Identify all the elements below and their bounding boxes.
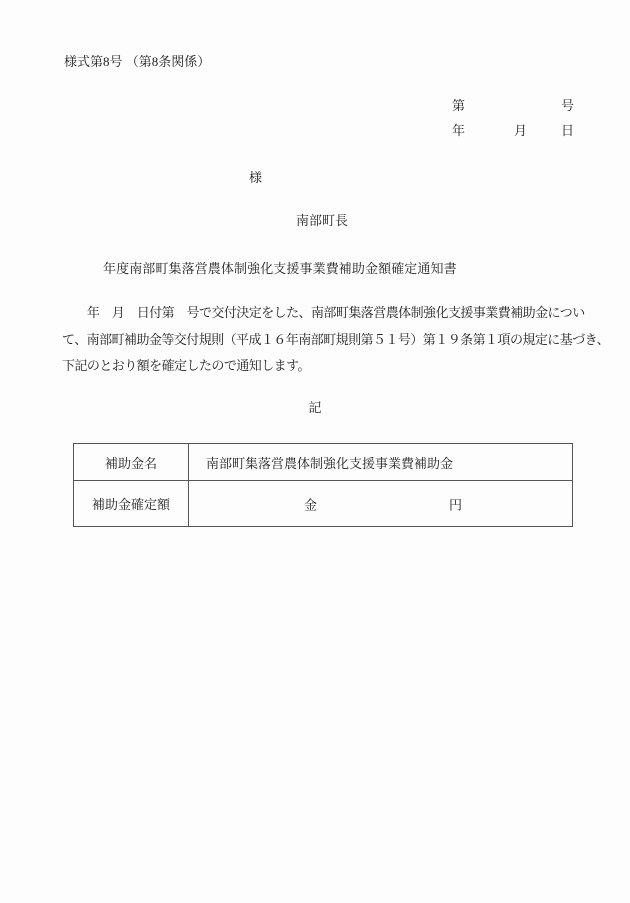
document-title: 年度南部町集落営農体制強化支援事業費補助金額確定通知書	[103, 262, 457, 275]
subsidy-table: 補助金名 南部町集落営農体制強化支援事業費補助金 補助金確定額 金 円	[73, 443, 573, 527]
addressee-honorific: 様	[249, 171, 262, 184]
subsidy-name-value: 南部町集落営農体制強化支援事業費補助金	[189, 444, 572, 480]
body-paragraph: 年 月 日付第 号で交付決定をした、南部町集落営農体制強化支援事業費補助金につい…	[62, 300, 582, 380]
date-year-label: 年	[452, 124, 465, 137]
body-line-1: 年 月 日付第 号で交付決定をした、南部町集落営農体制強化支援事業費補助金につい	[62, 300, 582, 327]
confirmed-amount-label: 補助金確定額	[74, 481, 189, 526]
sender-title: 南部町長	[296, 214, 348, 227]
amount-yen-label: 円	[449, 494, 462, 513]
document-page: 様式第8号 （第8条関係） 第 号 年 月 日 様 南部町長 年度南部町集落営農…	[0, 0, 630, 903]
body-line-2: て、南部町補助金等交付規則（平成１６年南部町規則第５１号）第１９条第１項の規定に…	[62, 327, 582, 354]
document-number-prefix: 第	[452, 99, 465, 112]
body-line-3: 下記のとおり額を確定したので通知します。	[62, 353, 582, 380]
amount-kin-label: 金	[304, 494, 317, 513]
subsidy-name-label: 補助金名	[74, 444, 189, 480]
table-row-subsidy-name: 補助金名 南部町集落営農体制強化支援事業費補助金	[74, 444, 572, 480]
form-number: 様式第8号 （第8条関係）	[64, 55, 210, 68]
document-number-suffix: 号	[561, 99, 574, 112]
table-row-confirmed-amount: 補助金確定額 金 円	[74, 480, 572, 526]
confirmed-amount-value-cell: 金 円	[189, 481, 572, 526]
date-day-label: 日	[561, 124, 574, 137]
record-marker: 記	[0, 401, 630, 414]
date-month-label: 月	[514, 124, 527, 137]
